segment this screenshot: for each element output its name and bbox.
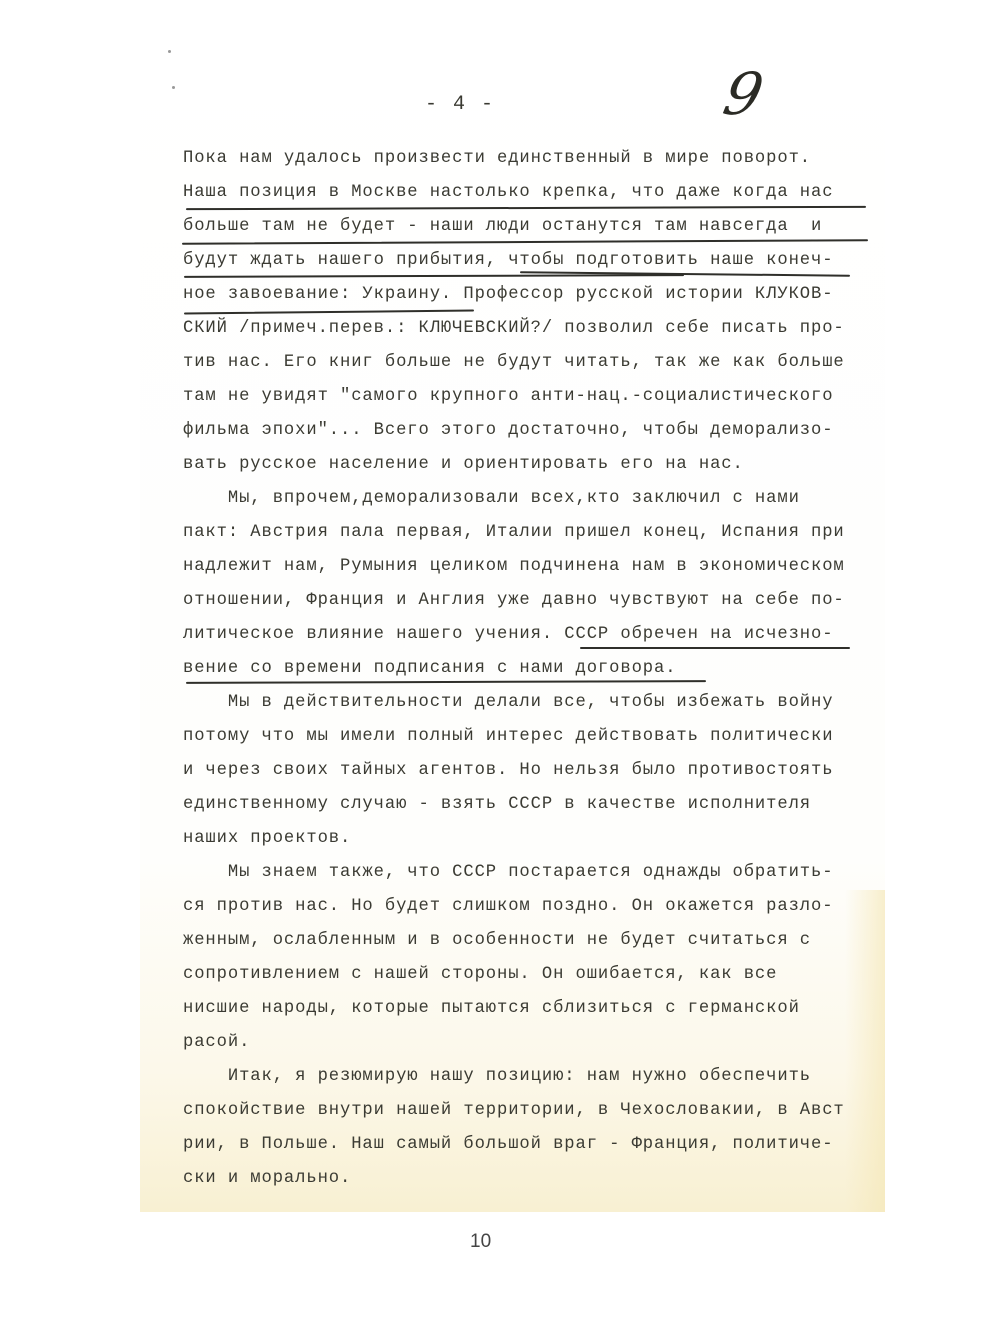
text-line: Наша позиция в Москве настолько крепка, …: [183, 176, 883, 210]
text-line: ски и морально.: [183, 1162, 883, 1196]
text-line: фильма эпохи"... Всего этого достаточно,…: [183, 414, 883, 448]
text-line: сопротивлением с нашей стороны. Он ошиба…: [183, 958, 883, 992]
text-line: и через своих тайных агентов. Но нельзя …: [183, 754, 883, 788]
text-line: рии, в Польше. Наш самый большой враг - …: [183, 1128, 883, 1162]
text-line: вать русское население и ориентировать е…: [183, 448, 883, 482]
text-line: надлежит нам, Румыния целиком подчинена …: [183, 550, 883, 584]
text-line: Мы в действительности делали все, чтобы …: [183, 686, 883, 720]
text-line: потому что мы имели полный интерес дейст…: [183, 720, 883, 754]
text-line: спокойствие внутри нашей территории, в Ч…: [183, 1094, 883, 1128]
text-line: СКИЙ /примеч.перев.: КЛЮЧЕВСКИЙ?/ позвол…: [183, 312, 883, 346]
text-line: ное завоевание: Украину. Профессор русск…: [183, 278, 883, 312]
text-line: Пока нам удалось произвести единственный…: [183, 142, 883, 176]
text-line: ся против нас. Но будет слишком поздно. …: [183, 890, 883, 924]
text-line: Мы знаем также, что СССР постарается одн…: [183, 856, 883, 890]
text-line: женным, ослабленным и в особенности не б…: [183, 924, 883, 958]
text-line: наших проектов.: [183, 822, 883, 856]
text-line: отношении, Франция и Англия уже давно чу…: [183, 584, 883, 618]
text-line: Мы, впрочем,деморализовали всех,кто закл…: [183, 482, 883, 516]
text-line: пакт: Австрия пала первая, Италии пришел…: [183, 516, 883, 550]
scan-speck: [168, 50, 171, 53]
scan-speck: [172, 86, 175, 89]
handwritten-underline: [580, 647, 850, 649]
text-line: нисшие народы, которые пытаются сблизить…: [183, 992, 883, 1026]
text-line: тив нас. Его книг больше не будут читать…: [183, 346, 883, 380]
typed-page-number: - 4 -: [425, 93, 495, 116]
text-line: единственному случаю - взять СССР в каче…: [183, 788, 883, 822]
document-body: Пока нам удалось произвести единственный…: [183, 142, 883, 1196]
text-line: расой.: [183, 1026, 883, 1060]
footer-page-number: 10: [470, 1231, 491, 1253]
text-line: там не увидят "самого крупного анти-нац.…: [183, 380, 883, 414]
text-line: Итак, я резюмирую нашу позицию: нам нужн…: [183, 1060, 883, 1094]
